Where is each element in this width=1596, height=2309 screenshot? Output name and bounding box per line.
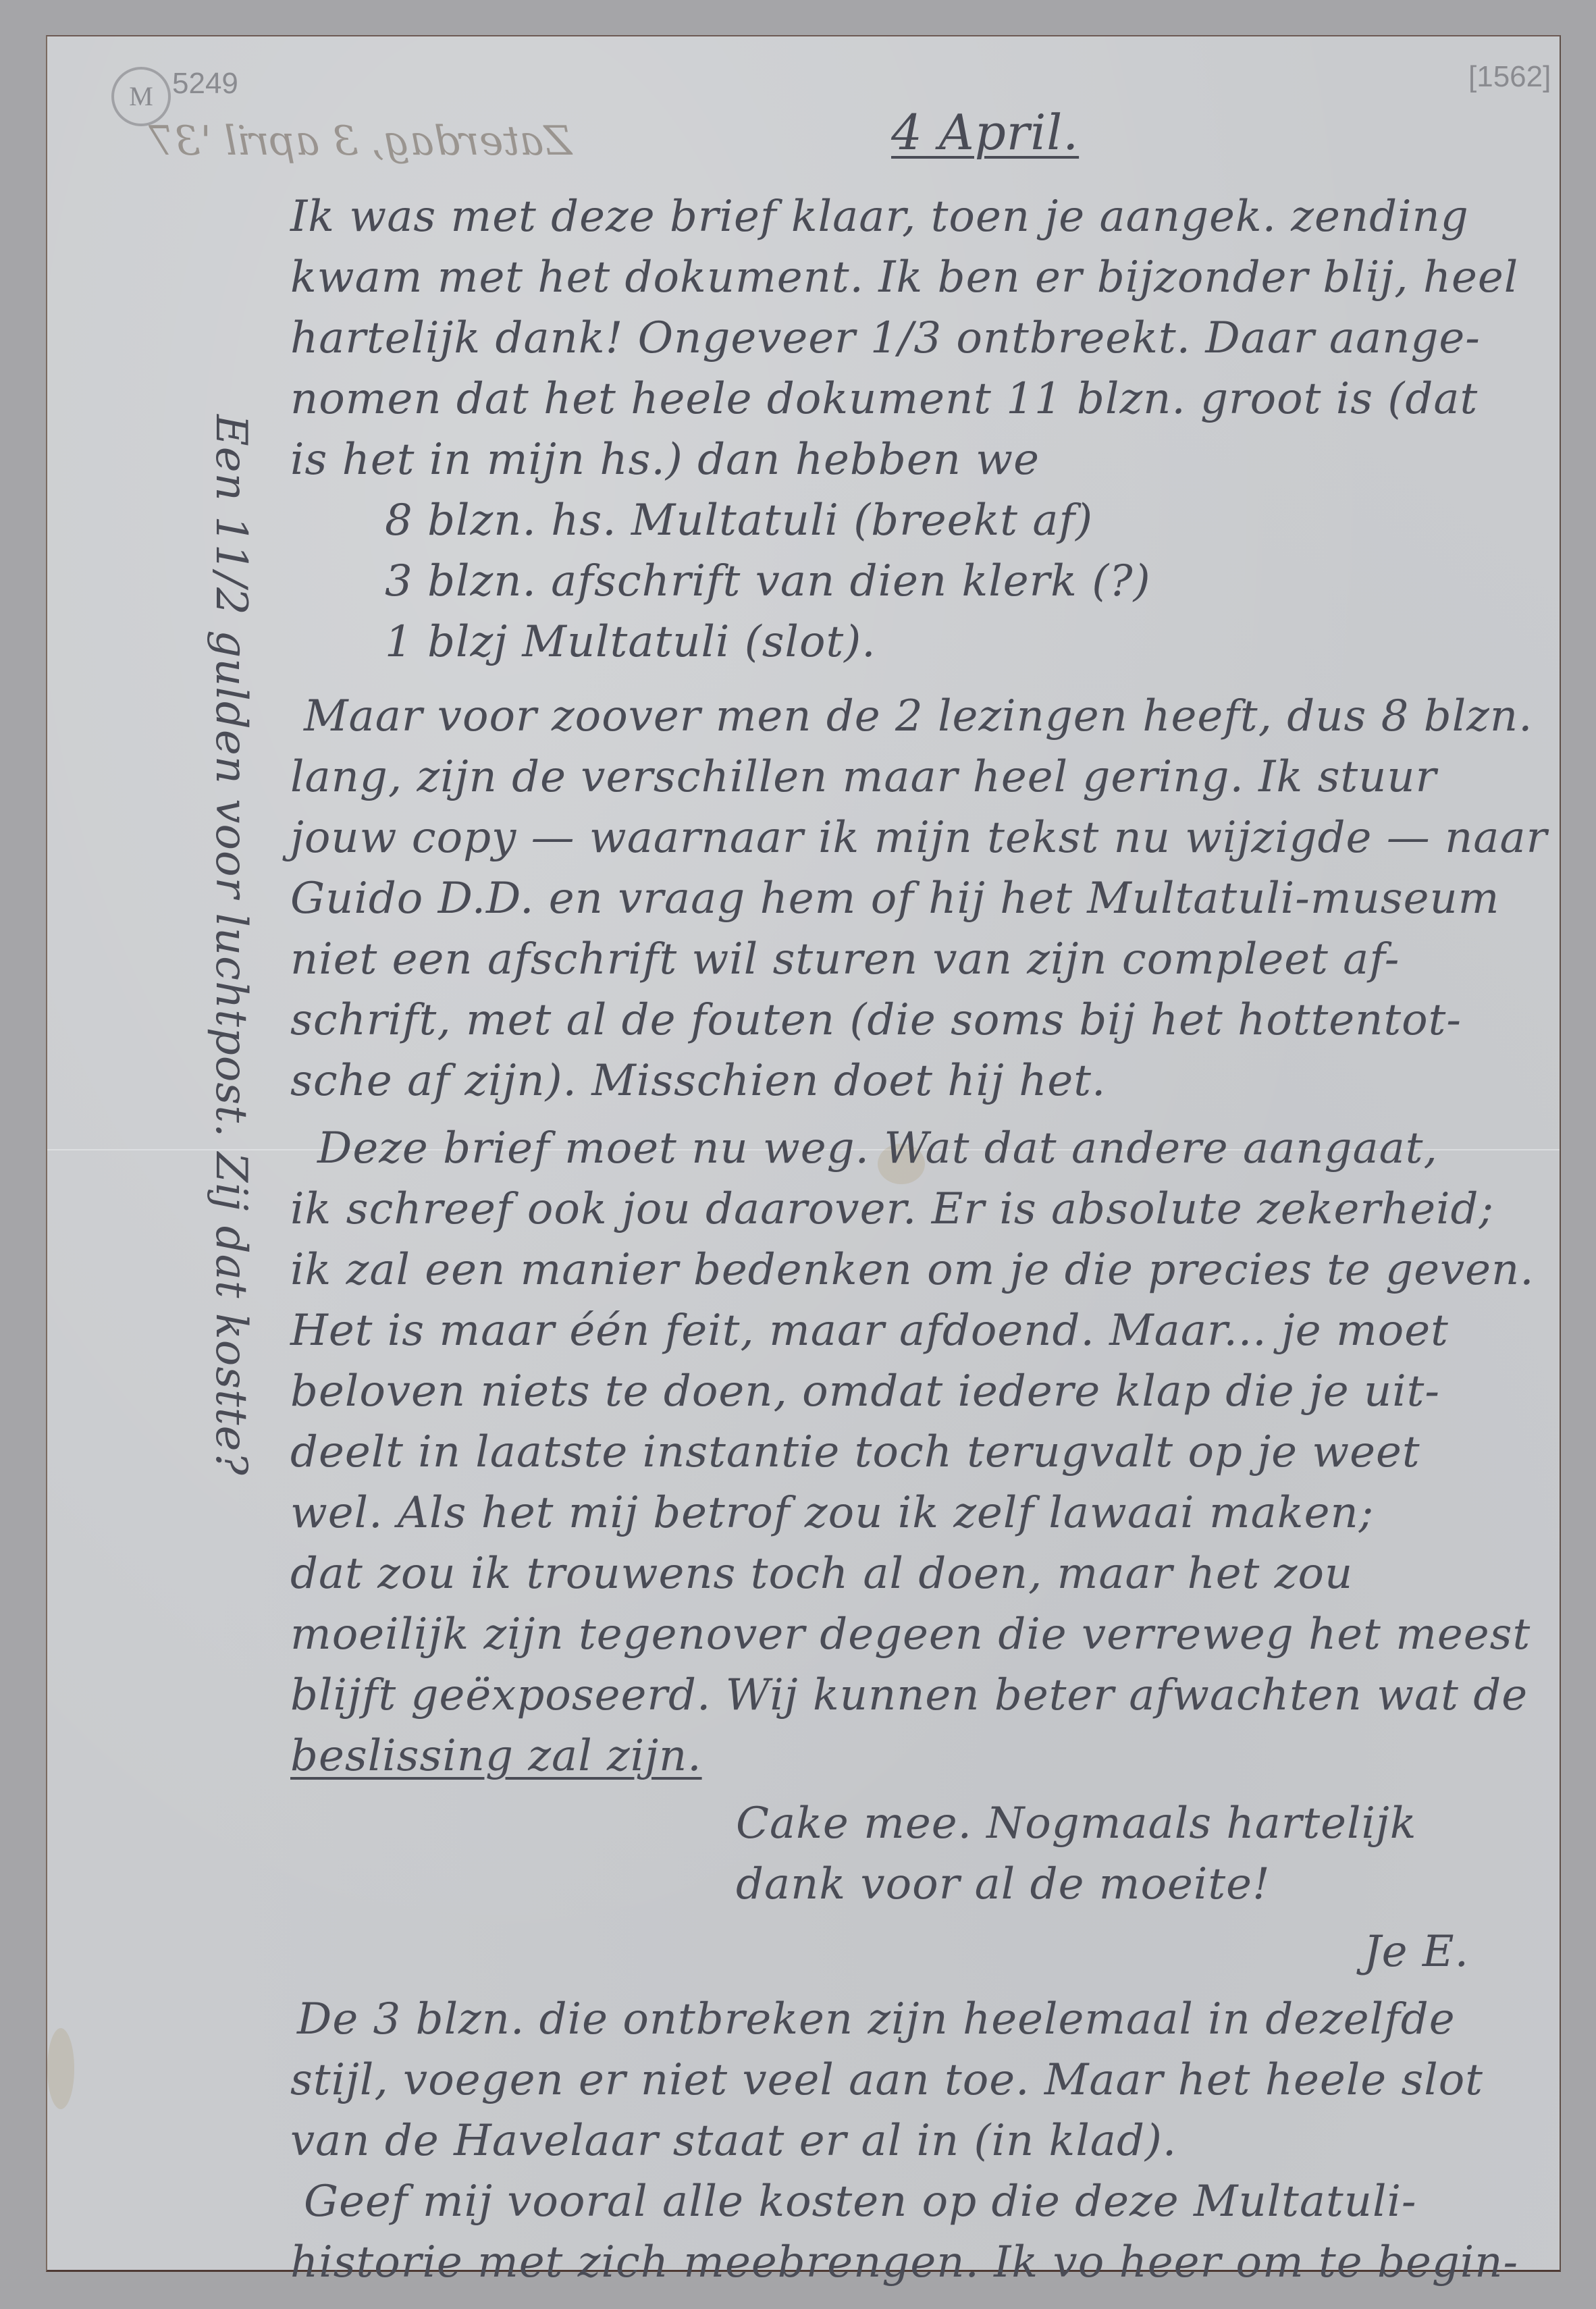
postscript-line: Geef mij vooral alle kosten op die deze … [304, 2177, 1417, 2227]
body-line: blijft geëxposeerd. Wij kunnen beter afw… [290, 1670, 1528, 1720]
body-line: nomen dat het heele dokument 11 blzn. gr… [290, 374, 1478, 424]
postscript-line: van de Havelaar staat er al in (in klad)… [290, 2116, 1177, 2166]
body-line: jouw copy — waarnaar ik mijn tekst nu wi… [290, 813, 1547, 863]
body-line: schrift, met al de fouten (die soms bij … [290, 995, 1462, 1045]
body-line: ik zal een manier bedenken om je die pre… [290, 1245, 1535, 1295]
stamp-monogram: M [129, 81, 153, 111]
body-line: kwam met het dokument. Ik ben er bijzond… [290, 253, 1518, 302]
catalog-number: 5249 [172, 67, 238, 101]
closing-line: Cake mee. Nogmaals hartelijk [736, 1799, 1417, 1849]
body-line: dat zou ik trouwens toch al doen, maar h… [290, 1549, 1353, 1599]
postscript-line: De 3 blzn. die ontbreken zijn heelemaal … [297, 1994, 1456, 2044]
list-item: 8 blzn. hs. Multatuli (breekt af) [385, 496, 1093, 546]
body-line: moeilijk zijn tegenover degeen die verre… [290, 1610, 1531, 1660]
body-line: niet een afschrift wil sturen van zijn c… [290, 934, 1400, 984]
letter-date: 4 April. [891, 104, 1079, 161]
body-line: lang, zijn de verschillen maar heel geri… [290, 752, 1437, 802]
body-line: is het in mijn hs.) dan hebben we [290, 435, 1040, 485]
list-item: 1 blzj Multatuli (slot). [385, 617, 876, 667]
body-line: Guido D.D. en vraag hem of hij het Multa… [290, 874, 1499, 924]
postscript-line: historie met zich meebrengen. Ik vo heer… [290, 2237, 1518, 2287]
letter-page: M 5249 [1562] Zaterdag, 3 april '37 4 Ap… [46, 35, 1561, 2272]
page-number: [1562] [1468, 60, 1551, 94]
body-line: hartelijk dank! Ongeveer 1/3 ontbreekt. … [290, 313, 1481, 363]
postscript-line: stijl, voegen er niet veel aan toe. Maar… [290, 2055, 1483, 2105]
list-item: 3 blzn. afschrift van dien klerk (?) [385, 556, 1151, 606]
closing-line: dank voor al de moeite! [736, 1859, 1271, 1909]
body-line: wel. Als het mij betrof zou ik zelf lawa… [290, 1488, 1374, 1538]
margin-note: Een 11/2 gulden voor luchtpost. Zij dat … [206, 415, 256, 1476]
bleed-through-header: Zaterdag, 3 april '37 [149, 117, 572, 165]
body-line: Deze brief moet nu weg. Wat dat andere a… [317, 1123, 1438, 1173]
body-line: Het is maar één feit, maar afdoend. Maar… [290, 1306, 1449, 1356]
body-line: ik schreef ook jou daarover. Er is absol… [290, 1184, 1494, 1234]
ink-stain [47, 2028, 74, 2109]
body-line: deelt in laatste instantie toch terugval… [290, 1427, 1420, 1477]
body-line: beloven niets te doen, omdat iedere klap… [290, 1366, 1440, 1416]
body-line: beslissing zal zijn. [290, 1731, 702, 1781]
body-line: sche af zijn). Misschien doet hij het. [290, 1056, 1106, 1106]
signature: Je E. [1364, 1927, 1469, 1977]
body-line: Maar voor zoover men de 2 lezingen heeft… [304, 691, 1533, 741]
body-line: Ik was met deze brief klaar, toen je aan… [290, 192, 1469, 242]
